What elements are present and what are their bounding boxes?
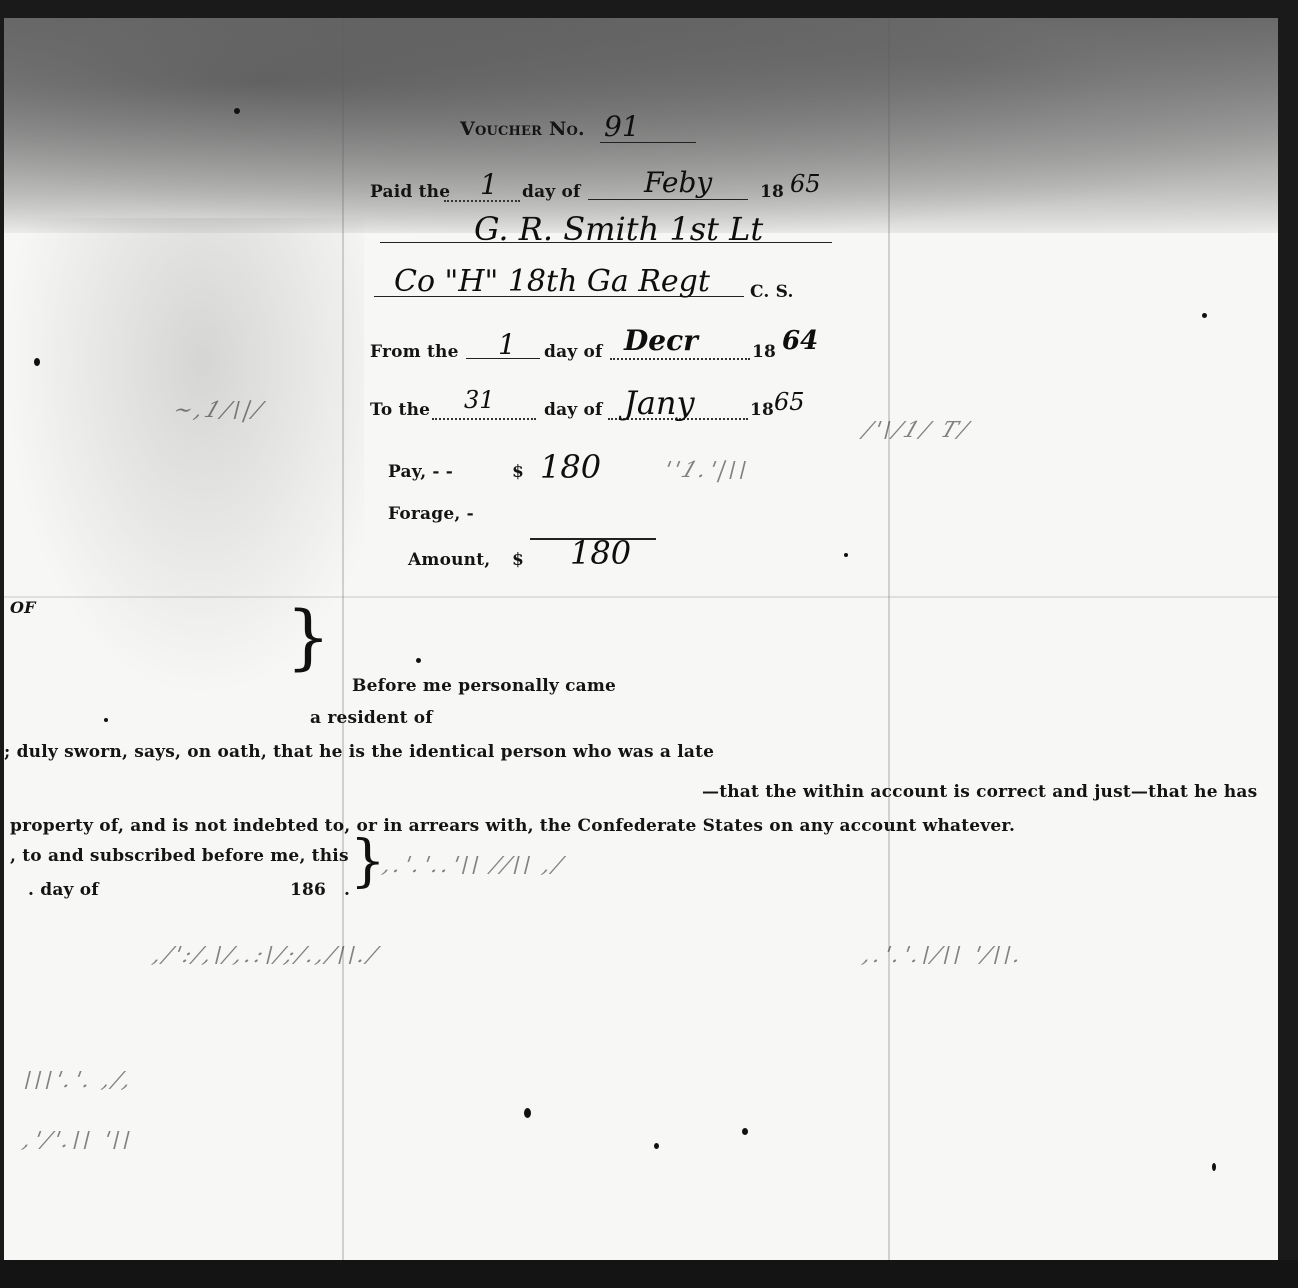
bleed-through-writing: ,.'.'..'\\ //\\ ,/ <box>379 853 568 878</box>
voucher-label: Voucher No. <box>460 118 585 140</box>
top-stain <box>4 18 1278 233</box>
before-me-text: Before me personally came <box>352 676 616 696</box>
total-value: 180 <box>570 534 631 572</box>
paid-the-label: Paid the <box>370 182 450 202</box>
to-month: Jany <box>624 384 695 422</box>
of-label: OF <box>10 598 36 617</box>
fold-line <box>342 18 344 1266</box>
ink-speck <box>742 1128 748 1135</box>
payee-unit-suffix: C. S. <box>750 282 794 302</box>
brace-left: } <box>286 602 331 672</box>
ink-speck <box>416 658 421 663</box>
bleed-through-writing: ,/':/,\/,.:\/;/.,/\\./ <box>149 943 383 968</box>
from-month-line <box>610 358 750 360</box>
pay-currency: $ <box>512 462 524 482</box>
payee-unit: Co "H" 18th Ga Regt <box>394 264 710 299</box>
from-month: Decr <box>624 324 698 357</box>
paid-year-prefix: 18 <box>760 182 784 202</box>
from-year-suffix: 64 <box>782 326 818 356</box>
voucher-paper: Voucher No. 91 Paid the 1 day of Feby 18… <box>4 18 1278 1266</box>
from-day-of-label: day of <box>544 342 603 362</box>
oath-year-label: 186 <box>290 880 326 900</box>
voucher-number: 91 <box>604 110 640 143</box>
to-day-line <box>432 418 536 420</box>
to-year-prefix: 18 <box>750 400 774 420</box>
bleed-through-writing: ,'/'.\\ '\\ <box>19 1128 137 1153</box>
ink-speck <box>844 553 848 557</box>
ink-speck <box>34 358 40 366</box>
ink-speck <box>524 1108 531 1118</box>
fold-line <box>4 596 1278 598</box>
to-day: 31 <box>464 386 495 414</box>
resident-of-text: a resident of <box>310 708 433 728</box>
total-currency: $ <box>512 550 524 570</box>
paid-day: 1 <box>480 168 498 201</box>
oath-year-end: . <box>344 880 350 900</box>
correct-line: —that the within account is correct and … <box>702 782 1257 802</box>
ink-speck <box>234 108 240 114</box>
pay-value: 180 <box>540 448 601 486</box>
brace-right: } <box>350 834 386 890</box>
paid-month: Feby <box>644 166 712 199</box>
ink-speck <box>1202 313 1207 318</box>
subscribed-line: , to and subscribed before me, this <box>10 846 349 866</box>
paid-month-line <box>588 199 748 200</box>
property-line: property of, and is not indebted to, or … <box>10 816 1015 836</box>
from-day: 1 <box>498 328 516 361</box>
bleed-through-writing: ''1.'|\\ <box>659 458 753 483</box>
paid-year-suffix: 65 <box>790 170 821 198</box>
from-the-label: From the <box>370 342 459 362</box>
pay-label: Pay, - - <box>388 462 453 482</box>
to-the-label: To the <box>370 400 430 420</box>
ink-speck <box>1212 1163 1216 1171</box>
scan-border-bottom <box>0 1260 1298 1288</box>
fold-line <box>888 18 890 1266</box>
forage-label: Forage, - <box>388 504 474 524</box>
bleed-through-writing: ,.'.'.\/\\ '/\\. <box>859 943 1028 968</box>
bleed-through-writing: ~,1/\|/ <box>169 398 268 423</box>
from-year-prefix: 18 <box>752 342 776 362</box>
ink-speck <box>654 1143 659 1149</box>
to-year-suffix: 65 <box>774 388 805 416</box>
total-label: Amount, <box>408 550 490 570</box>
bleed-through-writing: \\\'.'. ,/, <box>19 1068 138 1093</box>
bleed-through-writing: /'\/1/ T/ <box>859 418 974 443</box>
day-of-label: . day of <box>28 880 99 900</box>
sworn-line: ; duly sworn, says, on oath, that he is … <box>4 742 714 762</box>
ink-speck <box>104 718 108 722</box>
to-day-of-label: day of <box>544 400 603 420</box>
payee-name: G. R. Smith 1st Lt <box>474 210 763 248</box>
paid-day-of-label: day of <box>522 182 581 202</box>
voucher-label-text: Voucher No. <box>460 118 585 140</box>
